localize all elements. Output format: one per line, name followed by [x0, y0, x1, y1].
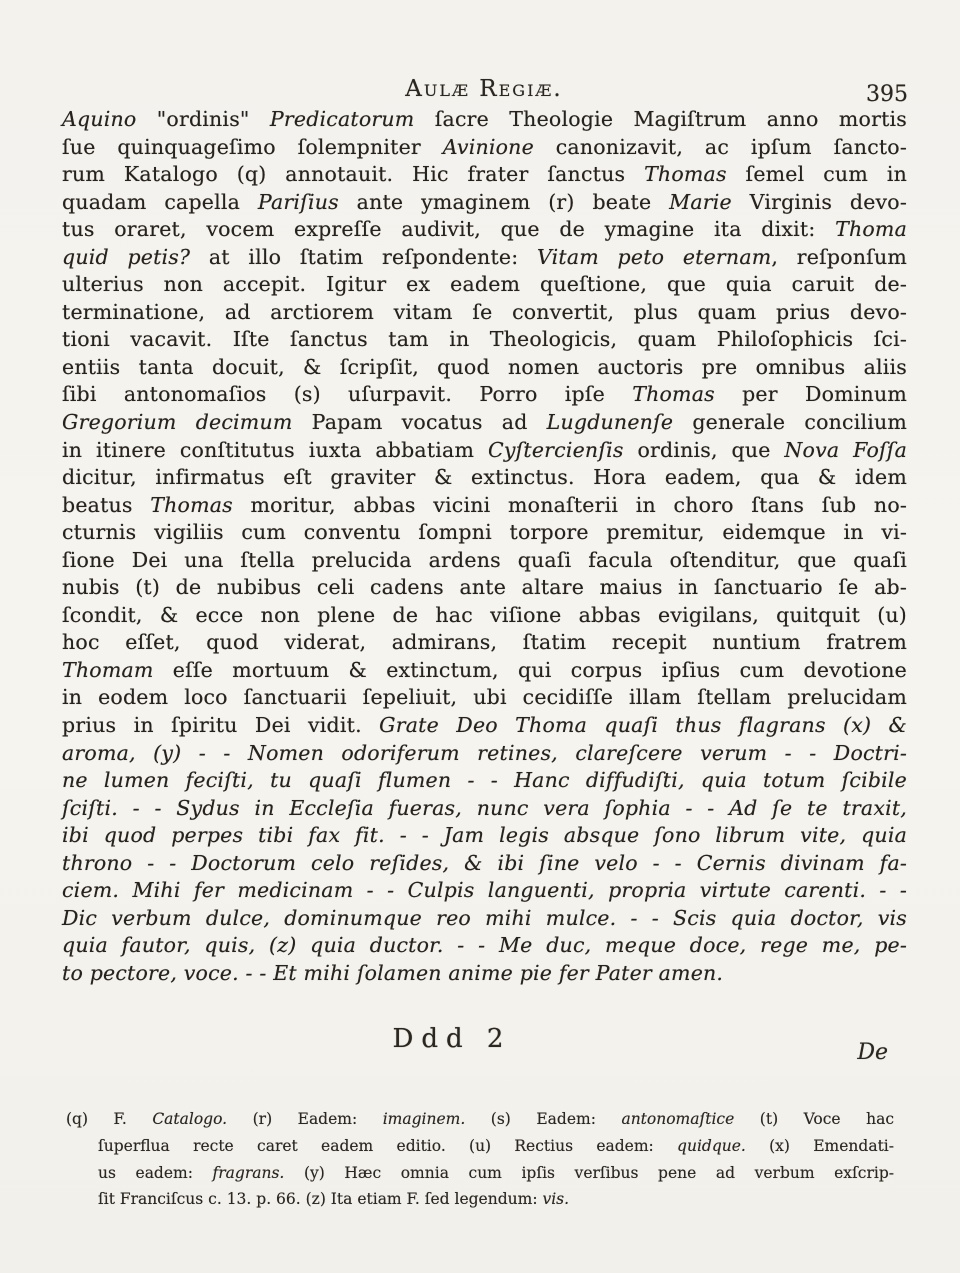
text-segment: in eodem loco ſanctuarii ſepeliuit, ubi … — [62, 685, 907, 709]
text-segment: ordinis, que — [624, 438, 785, 462]
text-line: rum Katalogo (q) annotauit. Hic frater ſ… — [62, 161, 907, 189]
text-line: quia fautor, quis, (z) quia ductor. - - … — [62, 932, 907, 960]
text-segment: ſcondit, & ecce non plene de hac viſione… — [62, 603, 907, 627]
footnotes: (q) F. Catalogo. (r) Eadem: imaginem. (s… — [66, 1106, 894, 1213]
text-segment: Thomas — [644, 162, 727, 186]
text-line: ſuperflua recte caret eadem editio. (u) … — [66, 1133, 894, 1160]
text-segment: aroma, (y) - - Nomen odoriferum retines,… — [62, 741, 907, 765]
text-segment: ſit Franciſcus c. 13. p. 66. (z) Ita eti… — [98, 1190, 542, 1208]
text-segment: (y) Hæc omnia cum ipſis verſibus pene ad… — [284, 1164, 894, 1182]
text-segment: ſacre Theologie Magiſtrum anno mortis — [414, 107, 907, 131]
text-segment: vis. — [542, 1190, 569, 1208]
text-segment: quadam capella — [62, 190, 258, 214]
text-segment: canonizavit, ac ipſum ſancto- — [534, 135, 907, 159]
text-segment: Thomas — [150, 493, 233, 517]
text-segment: ſciſti. - - Sydus in Eccleſia fueras, nu… — [62, 796, 907, 820]
text-segment: Avinione — [443, 135, 534, 159]
text-segment: prius in ſpiritu Dei vidit. — [62, 713, 379, 737]
text-segment: Catalogo. — [152, 1110, 227, 1128]
text-segment: quidque. — [677, 1137, 746, 1155]
text-segment: fragrans. — [213, 1164, 285, 1182]
text-line: Aquino "ordinis" Predicatorum ſacre Theo… — [62, 106, 907, 134]
text-segment: eſſe mortuum & extinctum, qui corpus ipſ… — [154, 658, 907, 682]
text-segment: throno - - Doctorum celo reſides, & ibi … — [62, 851, 907, 875]
text-line: prius in ſpiritu Dei vidit. Grate Deo Th… — [62, 712, 907, 740]
text-segment: ne lumen feciſti, tu quaſi flumen - - Ha… — [62, 768, 907, 792]
text-line: terminatione, ad arctiorem vitam ſe conv… — [62, 299, 907, 327]
text-segment: imaginem. — [383, 1110, 466, 1128]
text-segment: (r) Eadem: — [227, 1110, 383, 1128]
text-line: in itinere conſtitutus iuxta abbatiam Cy… — [62, 437, 907, 465]
text-segment: ante ymaginem (r) beate — [339, 190, 669, 214]
page-number: 395 — [866, 82, 908, 107]
text-segment: Marie — [669, 190, 732, 214]
text-line: beatus Thomas moritur, abbas vicini mona… — [62, 492, 907, 520]
catchword: De — [857, 1040, 888, 1065]
text-segment: Vitam peto eternam — [537, 245, 771, 269]
text-segment: (s) Eadem: — [465, 1110, 621, 1128]
text-segment: Papam vocatus ad — [292, 410, 546, 434]
text-segment: generale concilium — [673, 410, 907, 434]
text-segment: per Dominum — [715, 382, 907, 406]
text-segment: hoc eſſet, quod viderat, admirans, ſtati… — [62, 630, 907, 654]
text-segment: ſione Dei una ſtella prelucida ardens qu… — [62, 548, 907, 572]
text-segment: , reſponſum — [771, 245, 907, 269]
text-segment: ciem. Mihi fer medicinam - - Culpis lang… — [62, 878, 907, 902]
text-segment: Cyſtercienſis — [488, 438, 624, 462]
text-line: (q) F. Catalogo. (r) Eadem: imaginem. (s… — [66, 1106, 894, 1133]
text-segment: at illo ſtatim reſpondente: — [190, 245, 537, 269]
text-line: ciem. Mihi fer medicinam - - Culpis lang… — [62, 877, 907, 905]
text-line: quadam capella Pariſius ante ymaginem (r… — [62, 189, 907, 217]
text-segment: Thomam — [62, 658, 154, 682]
text-segment: us eadem: — [98, 1164, 213, 1182]
text-line: Dic verbum dulce, dominumque reo mihi mu… — [62, 905, 907, 933]
text-line: Gregorium decimum Papam vocatus ad Lugdu… — [62, 409, 907, 437]
text-segment: in itinere conſtitutus iuxta abbatiam — [62, 438, 488, 462]
text-segment: cturnis vigiliis cum conventu ſompni tor… — [62, 520, 907, 544]
text-segment: Nova Foſſa — [784, 438, 907, 462]
text-segment: ibi quod perpes tibi fax fit. - - Jam le… — [62, 823, 907, 847]
text-segment: Aquino — [62, 107, 157, 131]
text-segment: nubis (t) de nubibus celi cadens ante al… — [62, 575, 907, 599]
running-head: Aulæ Regiæ. — [62, 76, 906, 102]
text-line: hoc eſſet, quod viderat, admirans, ſtati… — [62, 629, 907, 657]
signature-mark: Ddd 2 — [62, 1024, 842, 1054]
text-segment: (q) F. — [66, 1110, 152, 1128]
text-segment: dicitur, infirmatus eſt graviter & extin… — [62, 465, 907, 489]
text-line: quid petis? at illo ſtatim reſpondente: … — [62, 244, 907, 272]
text-line: ſciſti. - - Sydus in Eccleſia fueras, nu… — [62, 795, 907, 823]
text-line: ſit Franciſcus c. 13. p. 66. (z) Ita eti… — [66, 1186, 894, 1213]
text-line: ulterius non accepit. Igitur ex eadem qu… — [62, 271, 907, 299]
text-segment: moritur, abbas vicini monaſterii in chor… — [233, 493, 907, 517]
text-line: Thomam eſſe mortuum & extinctum, qui cor… — [62, 657, 907, 685]
text-line: ſue quinquageſimo ſolempniter Avinione c… — [62, 134, 907, 162]
text-segment: to pectore, voce. - - Et mihi ſolamen an… — [62, 961, 723, 985]
text-segment: ulterius non accepit. Igitur ex eadem qu… — [62, 272, 907, 296]
text-line: throno - - Doctorum celo reſides, & ibi … — [62, 850, 907, 878]
text-segment: (x) Emendati- — [746, 1137, 894, 1155]
text-segment: Predicatorum — [270, 107, 415, 131]
text-segment: Dic verbum dulce, dominumque reo mihi mu… — [62, 906, 907, 930]
text-segment: tioni vacavit. Iſte ſanctus tam in Theol… — [62, 327, 907, 351]
text-line: us eadem: fragrans. (y) Hæc omnia cum ip… — [66, 1160, 894, 1187]
text-segment: quid petis? — [62, 245, 190, 269]
text-line: ſibi antonomaſios (s) uſurpavit. Porro i… — [62, 381, 907, 409]
scanned-page: Aulæ Regiæ. 395 Aquino "ordinis" Predica… — [0, 0, 960, 1273]
text-segment: ſibi antonomaſios (s) uſurpavit. Porro i… — [62, 382, 632, 406]
text-line: tioni vacavit. Iſte ſanctus tam in Theol… — [62, 326, 907, 354]
text-line: entiis tanta docuit, & ſcripſit, quod no… — [62, 354, 907, 382]
text-line: to pectore, voce. - - Et mihi ſolamen an… — [62, 960, 907, 988]
text-segment: quia fautor, quis, (z) quia ductor. - - … — [62, 933, 907, 957]
text-line: nubis (t) de nubibus celi cadens ante al… — [62, 574, 907, 602]
text-line: ibi quod perpes tibi fax fit. - - Jam le… — [62, 822, 907, 850]
text-segment: terminatione, ad arctiorem vitam ſe conv… — [62, 300, 907, 324]
text-segment: tus oraret, vocem expreſſe audivit, que … — [62, 217, 835, 241]
text-segment: antonomaſtice — [621, 1110, 734, 1128]
text-segment: Virginis devo- — [732, 190, 907, 214]
text-segment: Lugdunenſe — [547, 410, 674, 434]
text-segment: ſemel cum in — [727, 162, 907, 186]
text-line: ſione Dei una ſtella prelucida ardens qu… — [62, 547, 907, 575]
text-line: ſcondit, & ecce non plene de hac viſione… — [62, 602, 907, 630]
text-segment: Thoma — [835, 217, 907, 241]
text-line: tus oraret, vocem expreſſe audivit, que … — [62, 216, 907, 244]
body-text: Aquino "ordinis" Predicatorum ſacre Theo… — [62, 106, 907, 988]
text-segment: Thomas — [632, 382, 715, 406]
text-segment: entiis tanta docuit, & ſcripſit, quod no… — [62, 355, 907, 379]
text-segment: ſuperflua recte caret eadem editio. (u) … — [98, 1137, 677, 1155]
text-segment: Gregorium decimum — [62, 410, 292, 434]
text-segment: ſue quinquageſimo ſolempniter — [62, 135, 443, 159]
text-line: in eodem loco ſanctuarii ſepeliuit, ubi … — [62, 684, 907, 712]
text-line: dicitur, infirmatus eſt graviter & extin… — [62, 464, 907, 492]
text-line: aroma, (y) - - Nomen odoriferum retines,… — [62, 740, 907, 768]
text-segment: beatus — [62, 493, 150, 517]
text-segment: "ordinis" — [157, 107, 270, 131]
text-line: cturnis vigiliis cum conventu ſompni tor… — [62, 519, 907, 547]
text-segment: rum Katalogo (q) annotauit. Hic frater ſ… — [62, 162, 644, 186]
text-segment: Pariſius — [258, 190, 339, 214]
text-segment: Grate Deo Thoma quaſi thus flagrans (x) … — [379, 713, 907, 737]
text-segment: (t) Voce hac — [734, 1110, 894, 1128]
text-line: ne lumen feciſti, tu quaſi flumen - - Ha… — [62, 767, 907, 795]
